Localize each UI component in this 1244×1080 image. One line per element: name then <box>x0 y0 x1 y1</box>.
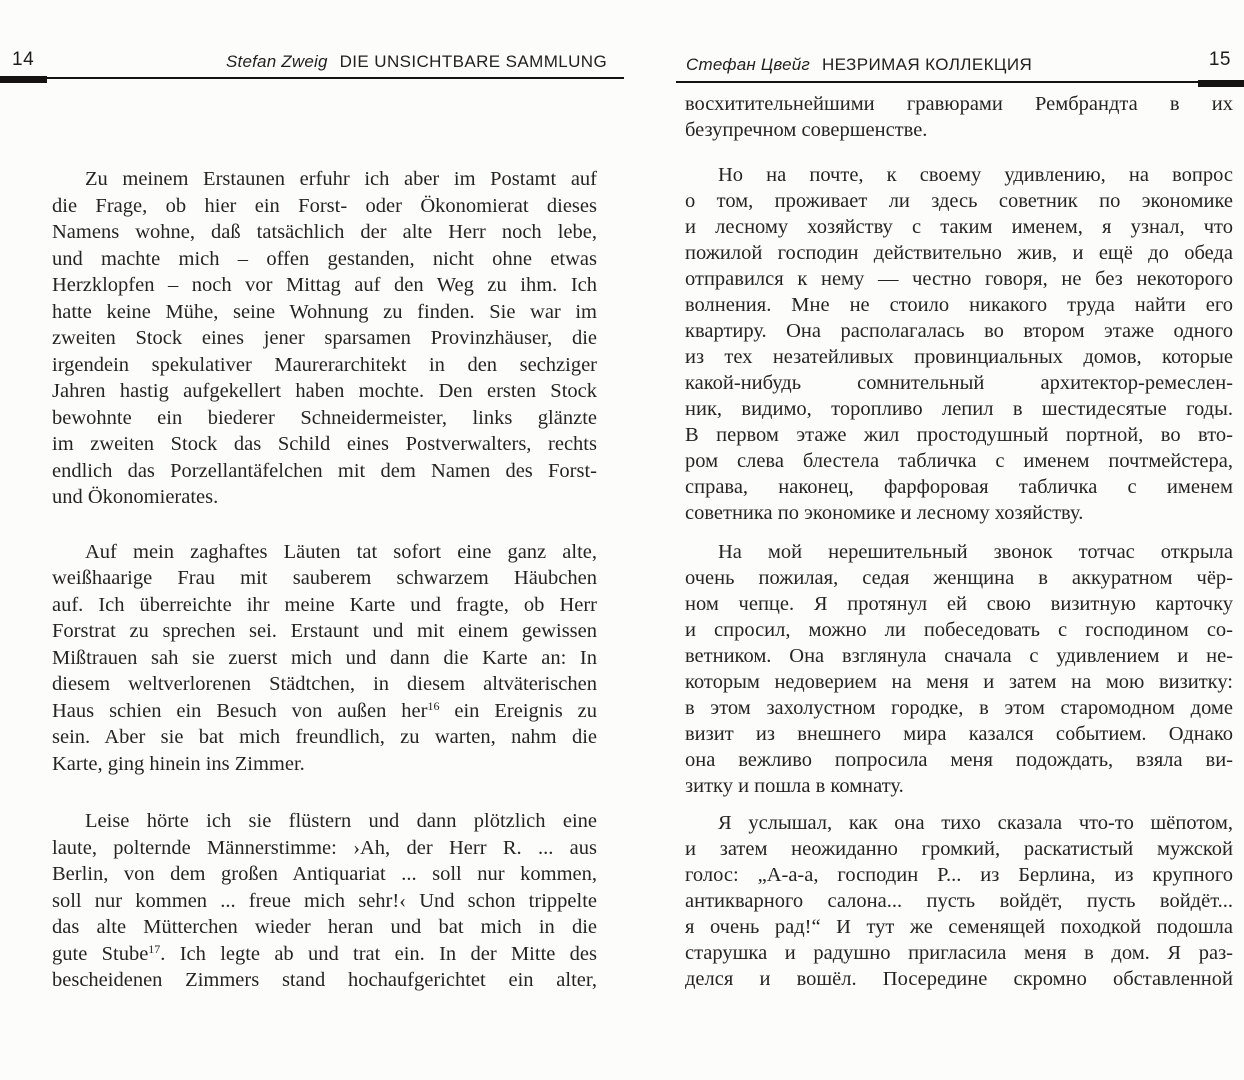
text-line: Jahren hastig aufgekellert haben mochte.… <box>52 378 597 405</box>
text-line: безупречном совершенстве. <box>685 117 1233 143</box>
text-line: weißhaarige Frau mit sauberem schwarzem … <box>52 565 597 592</box>
text-line: антикварного салона... пусть войдёт, пус… <box>685 888 1233 914</box>
paragraph: Auf mein zaghaftes Läuten tat sofort ein… <box>52 539 597 778</box>
text-line: Haus schien ein Besuch von außen her16 e… <box>52 698 597 725</box>
running-author-left: Stefan Zweig <box>226 52 328 71</box>
text-line: Mißtrauen sah sie zuerst mich und dann d… <box>52 645 597 672</box>
header-rule-left <box>0 77 624 79</box>
text-line: и спросил, можно ли побеседовать с госпо… <box>685 617 1233 643</box>
text-line: советника по экономике и лесному хозяйст… <box>685 500 1233 526</box>
text-line: und machte mich – offen gestanden, nicht… <box>52 246 597 273</box>
text-line: zweiten Stock eines jener sparsamen Prov… <box>52 325 597 352</box>
text-line: Forstrat zu sprechen sei. Erstaunt und m… <box>52 618 597 645</box>
running-header-left: Stefan ZweigDIE UNSICHTBARE SAMMLUNG <box>226 52 607 72</box>
text-line: и лесному хозяйству с таким именем, я уз… <box>685 214 1233 240</box>
running-title-left: DIE UNSICHTBARE SAMMLUNG <box>340 52 607 71</box>
text-line: она вежливо попросила меня подождать, вз… <box>685 747 1233 773</box>
text-line: пожилой господин действительно жив, и ещ… <box>685 240 1233 266</box>
page-body-russian: восхитительнейшими гравюрами Рембрандта … <box>685 91 1233 992</box>
text-line: в этом захолустном городке, в этом старо… <box>685 695 1233 721</box>
running-header-right: Стефан ЦвейгНЕЗРИМАЯ КОЛЛЕКЦИЯ <box>686 55 1032 75</box>
text-line: ном чепце. Я протянул ей свою визитную к… <box>685 591 1233 617</box>
paragraph: Я услышал, как она тихо сказала что-то ш… <box>685 810 1233 992</box>
text-line: Karte, ging hinein ins Zimmer. <box>52 751 597 778</box>
text-line: ник, видимо, торопливо лепил в шестидеся… <box>685 396 1233 422</box>
text-line: Но на почте, к своему удивлению, на вопр… <box>685 162 1233 188</box>
text-line: старушка и радушно пригласила меня в дом… <box>685 940 1233 966</box>
text-line: я очень рад!“ И тут же семенящей походко… <box>685 914 1233 940</box>
text-line: Berlin, von dem großen Antiquariat ... s… <box>52 861 597 888</box>
text-line: Auf mein zaghaftes Läuten tat sofort ein… <box>52 539 597 566</box>
text-line: и затем неожиданно громкий, раскатистый … <box>685 836 1233 862</box>
page-body-german: Zu meinem Erstaunen erfuhr ich aber im P… <box>52 166 597 994</box>
text-line: какой-нибудь сомнительный архитектор-рем… <box>685 370 1233 396</box>
text-line: sein. Aber sie bat mich freundlich, zu w… <box>52 724 597 751</box>
page-number-left: 14 <box>12 49 34 71</box>
text-line: На мой нерешительный звонок тотчас откры… <box>685 539 1233 565</box>
paragraph: Zu meinem Erstaunen erfuhr ich aber im P… <box>52 166 597 511</box>
text-line: und Ökonomierates. <box>52 484 597 511</box>
text-line: Zu meinem Erstaunen erfuhr ich aber im P… <box>52 166 597 193</box>
text-line: очень пожилая, седая женщина в аккуратно… <box>685 565 1233 591</box>
text-line: Namens wohne, daß tatsächlich der alte H… <box>52 219 597 246</box>
text-line: laute, polternde Männerstimme: ›Ah, der … <box>52 835 597 862</box>
text-line: im zweiten Stock das Schild eines Postve… <box>52 431 597 458</box>
text-line: ром слева блестела табличка с именем поч… <box>685 448 1233 474</box>
text-line: gute Stube17. Ich legte ab und trat ein.… <box>52 941 597 968</box>
text-line: квартиру. Она располагалась во втором эт… <box>685 318 1233 344</box>
text-line: diesem weltverlorenen Städtchen, in dies… <box>52 671 597 698</box>
header-rule-right <box>676 81 1244 83</box>
text-line: которым недоверием на меня и затем на мо… <box>685 669 1233 695</box>
text-line: Leise hörte ich sie flüstern und dann pl… <box>52 808 597 835</box>
text-line: Я услышал, как она тихо сказала что-то ш… <box>685 810 1233 836</box>
header-rule-left-accent <box>0 76 47 83</box>
text-line: soll nur kommen ... freue mich sehr!‹ Un… <box>52 888 597 915</box>
text-line: делся и вошёл. Посередине скромно обстав… <box>685 966 1233 992</box>
text-line: das alte Mütterchen wieder heran und bat… <box>52 914 597 941</box>
text-line: из тех незатейливых провинциальных домов… <box>685 344 1233 370</box>
paragraph: восхитительнейшими гравюрами Рембрандта … <box>685 91 1233 143</box>
text-line: endlich das Porzellantäfelchen mit dem N… <box>52 458 597 485</box>
book-spread: 14 Stefan ZweigDIE UNSICHTBARE SAMMLUNG … <box>0 0 1244 1080</box>
footnote-reference: 17 <box>148 942 160 956</box>
text-line: hatte keine Mühe, seine Wohnung zu finde… <box>52 299 597 326</box>
paragraph: Leise hörte ich sie flüstern und dann pl… <box>52 808 597 994</box>
header-rule-right-accent <box>1198 80 1244 87</box>
text-line: волнения. Мне не стоило никакого труда н… <box>685 292 1233 318</box>
text-line: восхитительнейшими гравюрами Рембрандта … <box>685 91 1233 117</box>
text-line: отправился к нему — честно говоря, не бе… <box>685 266 1233 292</box>
text-line: auf. Ich überreichte ihr meine Karte und… <box>52 592 597 619</box>
text-line: В первом этаже жил простодушный портной,… <box>685 422 1233 448</box>
running-title-right: НЕЗРИМАЯ КОЛЛЕКЦИЯ <box>822 55 1032 74</box>
text-line: irgendein spekulativer Maurerarchitekt i… <box>52 352 597 379</box>
text-line: зитку и пошла в комнату. <box>685 773 1233 799</box>
running-author-right: Стефан Цвейг <box>686 55 810 74</box>
text-line: Herzklopfen – noch vor Mittag auf den We… <box>52 272 597 299</box>
paragraph: На мой нерешительный звонок тотчас откры… <box>685 539 1233 799</box>
text-line: голос: „А-а-а, господин Р... из Берлина,… <box>685 862 1233 888</box>
text-line: die Frage, ob hier ein Forst- oder Ökono… <box>52 193 597 220</box>
footnote-reference: 16 <box>427 699 439 713</box>
paragraph: Но на почте, к своему удивлению, на вопр… <box>685 162 1233 526</box>
text-line: визит из внешнего мира казался событием.… <box>685 721 1233 747</box>
text-line: о том, проживает ли здесь советник по эк… <box>685 188 1233 214</box>
text-line: справа, наконец, фарфоровая табличка с и… <box>685 474 1233 500</box>
text-line: ветником. Она взглянула сначала с удивле… <box>685 643 1233 669</box>
page-number-right: 15 <box>1209 49 1231 71</box>
text-line: bewohnte ein biederer Schneidermeister, … <box>52 405 597 432</box>
text-line: bescheidenen Zimmers stand hochaufgerich… <box>52 967 597 994</box>
